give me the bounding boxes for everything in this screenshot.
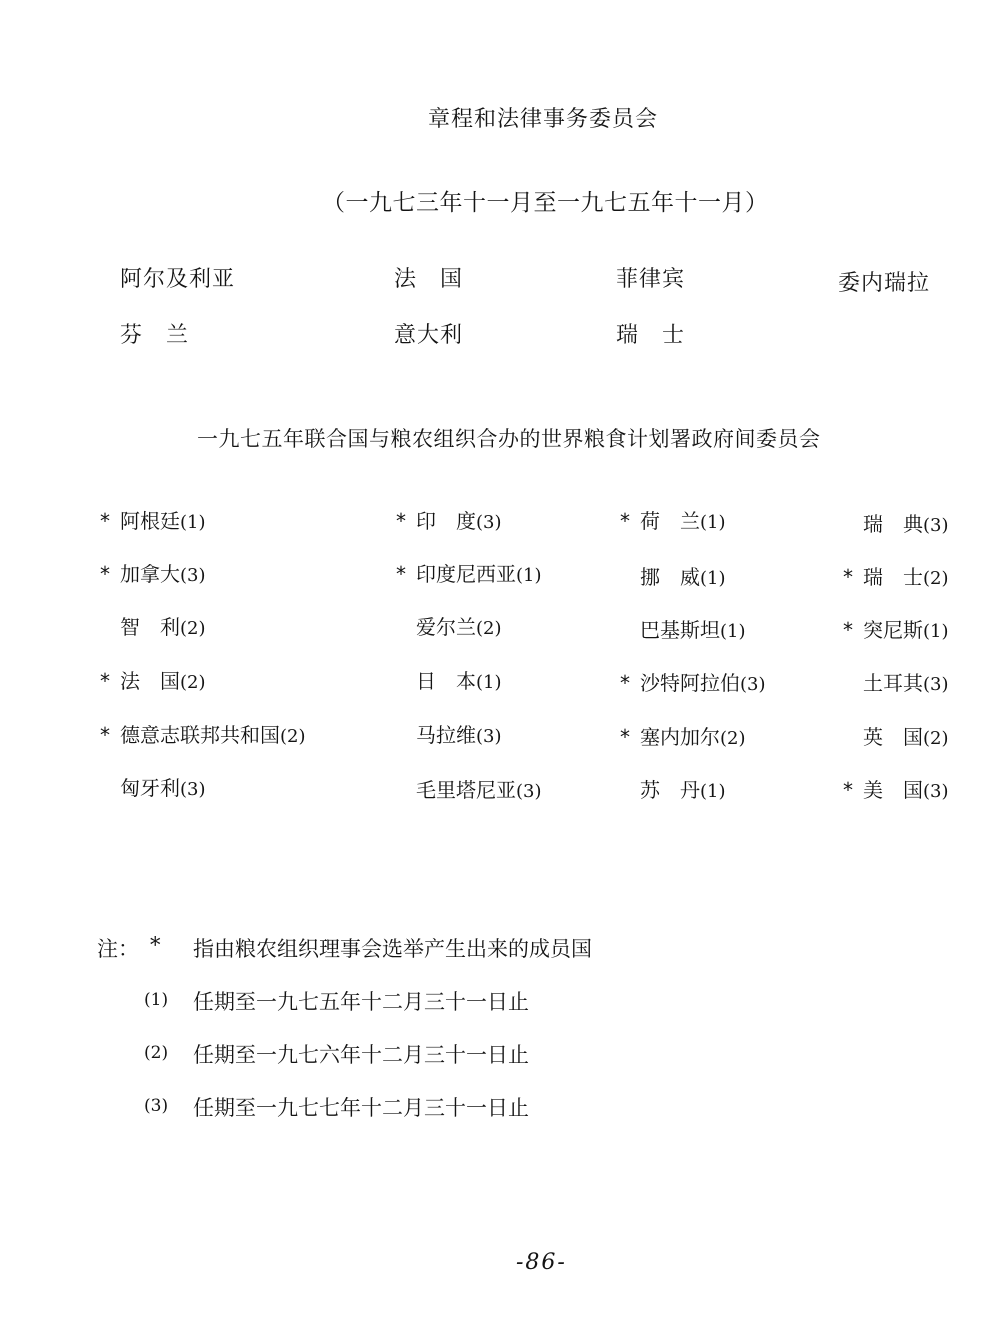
member-name: 印度尼西亚 (416, 562, 516, 586)
member-name: 法 国 (394, 262, 463, 293)
term-marker: (2) (720, 728, 746, 749)
member-name: 土耳其 (863, 671, 923, 695)
elected-star: * (100, 509, 120, 533)
member-name: 爱尔兰 (416, 615, 476, 639)
term-marker: (3) (476, 726, 502, 747)
member-name: 沙特阿拉伯 (640, 671, 740, 695)
member-entry: *塞内加尔(2) (620, 721, 746, 750)
term-marker: (2) (476, 618, 502, 639)
member-name: 毛里塔尼亚 (416, 778, 516, 802)
member-entry: *印度尼西亚(1) (396, 558, 542, 587)
term-marker: (1) (476, 672, 502, 693)
term-marker: (3) (923, 515, 949, 536)
member-name: 日 本 (416, 669, 476, 693)
member-entry: 挪 威(1) (620, 561, 726, 590)
member-name: 苏 丹 (640, 778, 700, 802)
note-mark: (2) (144, 1043, 168, 1063)
term-marker: (1) (180, 512, 206, 533)
member-entry: *瑞 士(2) (843, 561, 949, 590)
term-marker: (1) (700, 512, 726, 533)
member-name: 印 度 (416, 509, 476, 533)
committee1-period: （一九七三年十一月至一九七五年十一月） (322, 184, 769, 217)
member-name: 荷 兰 (640, 509, 700, 533)
member-name: 瑞 士 (616, 318, 685, 349)
term-marker: (3) (476, 512, 502, 533)
member-name: 法 国 (120, 669, 180, 693)
member-name: 芬 兰 (120, 318, 189, 349)
member-name: 瑞 士 (863, 565, 923, 589)
term-marker: (3) (516, 781, 542, 802)
term-marker: (2) (180, 618, 206, 639)
committee2-title: 一九七五年联合国与粮农组织合办的世界粮食计划署政府间委员会 (197, 423, 821, 453)
elected-star: * (396, 562, 416, 586)
elected-star: * (396, 509, 416, 533)
elected-star: * (843, 565, 863, 589)
notes-label: 注： (97, 933, 139, 963)
member-entry: *荷 兰(1) (620, 505, 726, 534)
note-text: 任期至一九七七年十二月三十一日止 (193, 1092, 529, 1122)
member-entry: *沙特阿拉伯(3) (620, 667, 766, 696)
member-name: 马拉维 (416, 723, 476, 747)
term-marker: (1) (516, 565, 542, 586)
member-entry: 毛里塔尼亚(3) (396, 774, 542, 803)
member-entry: 爱尔兰(2) (396, 611, 502, 640)
member-entry: 英 国(2) (843, 721, 949, 750)
committee1-title: 章程和法律事务委员会 (428, 102, 658, 133)
member-entry: *美 国(3) (843, 774, 949, 803)
member-name: 菲律宾 (616, 262, 685, 293)
member-name: 美 国 (863, 778, 923, 802)
member-name: 加拿大 (120, 562, 180, 586)
note-text: 任期至一九七六年十二月三十一日止 (193, 1039, 529, 1069)
member-entry: 日 本(1) (396, 665, 502, 694)
elected-star: * (620, 509, 640, 533)
note-text: 任期至一九七五年十二月三十一日止 (193, 986, 529, 1016)
term-marker: (3) (180, 779, 206, 800)
term-marker: (3) (923, 781, 949, 802)
note-mark: * (150, 933, 161, 957)
page-number: -86- (516, 1250, 567, 1275)
member-name: 阿尔及利亚 (120, 262, 235, 293)
elected-star: * (620, 671, 640, 695)
member-entry: *加拿大(3) (100, 558, 206, 587)
elected-star: * (620, 725, 640, 749)
elected-star: * (100, 562, 120, 586)
elected-star: * (100, 723, 120, 747)
member-name: 智 利 (120, 615, 180, 639)
member-entry: *法 国(2) (100, 665, 206, 694)
member-name: 瑞 典 (863, 512, 923, 536)
elected-star: * (843, 618, 863, 642)
member-entry: 巴基斯坦(1) (620, 614, 746, 643)
note-mark: (1) (144, 990, 168, 1010)
member-name: 委内瑞拉 (838, 266, 930, 297)
note-mark: (3) (144, 1096, 168, 1116)
member-entry: 匈牙利(3) (100, 772, 206, 801)
member-entry: *德意志联邦共和国(2) (100, 719, 306, 748)
member-name: 意大利 (394, 318, 463, 349)
member-name: 匈牙利 (120, 776, 180, 800)
member-name: 突尼斯 (863, 618, 923, 642)
member-name: 英 国 (863, 725, 923, 749)
elected-star: * (100, 669, 120, 693)
term-marker: (1) (700, 781, 726, 802)
member-entry: 智 利(2) (100, 611, 206, 640)
member-name: 阿根廷 (120, 509, 180, 533)
elected-star: * (843, 778, 863, 802)
member-entry: 苏 丹(1) (620, 774, 726, 803)
member-entry: 土耳其(3) (843, 667, 949, 696)
member-entry: *印 度(3) (396, 505, 502, 534)
member-name: 巴基斯坦 (640, 618, 720, 642)
member-name: 德意志联邦共和国 (120, 723, 280, 747)
member-entry: *阿根廷(1) (100, 505, 206, 534)
term-marker: (1) (923, 621, 949, 642)
member-entry: 瑞 典(3) (843, 508, 949, 537)
term-marker: (3) (180, 565, 206, 586)
term-marker: (1) (720, 621, 746, 642)
member-entry: *突尼斯(1) (843, 614, 949, 643)
member-name: 塞内加尔 (640, 725, 720, 749)
term-marker: (2) (280, 726, 306, 747)
term-marker: (1) (700, 568, 726, 589)
term-marker: (2) (180, 672, 206, 693)
member-entry: 马拉维(3) (396, 719, 502, 748)
term-marker: (2) (923, 728, 949, 749)
note-text: 指由粮农组织理事会选举产生出来的成员国 (193, 933, 592, 963)
member-name: 挪 威 (640, 565, 700, 589)
term-marker: (3) (740, 674, 766, 695)
term-marker: (3) (923, 674, 949, 695)
term-marker: (2) (923, 568, 949, 589)
